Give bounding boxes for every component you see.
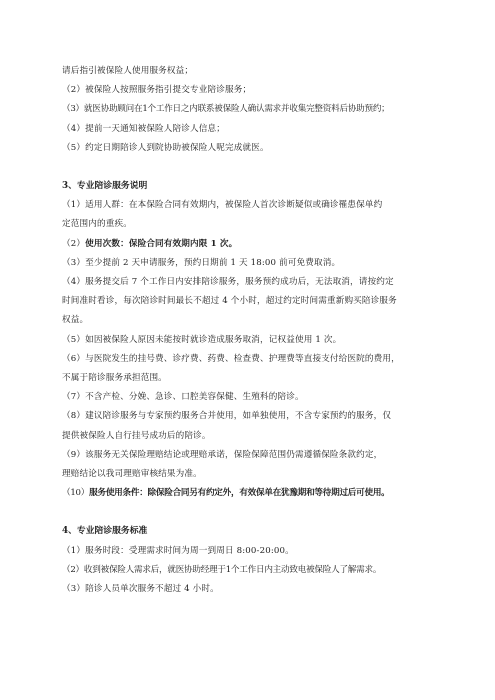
item-text: 不含产检、分娩、急诊、口腔美容保健、生殖科的陪诊。 bbox=[85, 392, 304, 402]
list-item-continuation: 权益。 bbox=[62, 311, 424, 330]
list-item: （1）适用人群：在本保险合同有效期内，被保险人首次诊断疑似或确诊罹患保单约 bbox=[62, 196, 424, 215]
list-item: （4）服务提交后 7 个工作日内安排陪诊服务，服务预约成功后，无法取消，请按约定 bbox=[62, 273, 424, 292]
list-item: （3）至少提前 2 天申请服务，预约日期前 1 天 18:00 前可免费取消。 bbox=[62, 254, 424, 273]
item-number: （4） bbox=[62, 124, 85, 134]
item-number: （9） bbox=[62, 450, 85, 460]
item-number: （4） bbox=[62, 277, 85, 287]
item-number: （10） bbox=[62, 488, 89, 498]
item-number: （2） bbox=[62, 239, 85, 249]
item-number: （8） bbox=[62, 411, 85, 421]
item-text-bold: 服务使用条件：除保险合同另有约定外，有效保单在犹豫期和等待期过后可使用。 bbox=[89, 488, 389, 498]
spacer bbox=[62, 503, 424, 522]
list-item-continuation: 时间准时看诊，每次陪诊时间最长不超过 4 个小时，超过约定时间需重新购买陪诊服务 bbox=[62, 292, 424, 311]
section-heading: 4、专业陪诊服务标准 bbox=[62, 522, 424, 541]
item-number: （3） bbox=[62, 104, 84, 114]
item-text: 约定日期陪诊人到院协助被保险人呢完成就医。 bbox=[85, 143, 269, 153]
list-item: （1）服务时段：受理需求时间为周一到周日 8:00-20:00。 bbox=[62, 542, 424, 561]
item-text: 服务提交后 7 个工作日内安排陪诊服务，服务预约成功后，无法取消，请按约定 bbox=[85, 277, 394, 287]
item-text: 该服务无关保险理赔结论或理赔承诺，保险保障范围仍需遵循保险条款约定， bbox=[85, 450, 382, 460]
list-item-continuation: 定范围内的重疾。 bbox=[62, 215, 424, 234]
list-item-continuation: 不属于陪诊服务承担范围。 bbox=[62, 369, 424, 388]
item-text-bold: 使用次数：保险合同有效期内限 1 次。 bbox=[85, 239, 237, 249]
section-heading: 3、专业陪诊服务说明 bbox=[62, 177, 424, 196]
item-text: 陪诊人员单次服务不超过 4 小时。 bbox=[85, 584, 219, 594]
item-number: （5） bbox=[62, 143, 85, 153]
list-item: （9）该服务无关保险理赔结论或理赔承诺，保险保障范围仍需遵循保险条款约定， bbox=[62, 446, 424, 465]
spacer bbox=[62, 158, 424, 177]
intro-line: 请后指引被保险人使用服务权益； bbox=[62, 62, 424, 81]
list-item: （3）陪诊人员单次服务不超过 4 小时。 bbox=[62, 580, 424, 599]
item-number: （1） bbox=[62, 546, 85, 556]
item-text: 就医协助顾问在1个工作日之内联系被保险人确认需求并收集完整资料后协助预约； bbox=[84, 104, 390, 114]
item-text: 适用人群：在本保险合同有效期内，被保险人首次诊断疑似或确诊罹患保单约 bbox=[85, 200, 382, 210]
item-text: 建议陪诊服务与专家预约服务合并使用，如单独使用，不含专家预约的服务，仅 bbox=[85, 411, 391, 421]
list-item: （2）收到被保险人需求后，就医协助经理于1个工作日内主动致电被保险人了解需求。 bbox=[62, 561, 424, 580]
step-item: （5）约定日期陪诊人到院协助被保险人呢完成就医。 bbox=[62, 139, 424, 158]
list-item: （2）使用次数：保险合同有效期内限 1 次。 bbox=[62, 235, 424, 254]
item-number: （3） bbox=[62, 258, 85, 268]
list-item: （10）服务使用条件：除保险合同另有约定外，有效保单在犹豫期和等待期过后可使用。 bbox=[62, 484, 424, 503]
list-item: （6）与医院发生的挂号费、诊疗费、药费、检查费、护理费等直接支付给医院的费用， bbox=[62, 350, 424, 369]
step-item: （4）提前一天通知被保险人陪诊人信息； bbox=[62, 120, 424, 139]
item-text: 如因被保险人原因未能按时就诊造成服务取消，记权益使用 1 次。 bbox=[85, 335, 341, 345]
item-number: （1） bbox=[62, 200, 85, 210]
document-page: 请后指引被保险人使用服务权益； （2）被保险人按照服务指引提交专业陪诊服务； （… bbox=[62, 62, 424, 599]
item-text: 与医院发生的挂号费、诊疗费、药费、检查费、护理费等直接支付给医院的费用， bbox=[85, 354, 400, 364]
list-item: （8）建议陪诊服务与专家预约服务合并使用，如单独使用，不含专家预约的服务，仅 bbox=[62, 407, 424, 426]
item-text: 收到被保险人需求后，就医协助经理于1个工作日内主动致电被保险人了解需求。 bbox=[84, 565, 381, 575]
list-item-continuation: 提供被保险人自行挂号成功后的陪诊。 bbox=[62, 427, 424, 446]
item-number: （5） bbox=[62, 335, 85, 345]
item-text: 被保险人按照服务指引提交专业陪诊服务； bbox=[85, 85, 251, 95]
list-item-continuation: 理赔结论以我司理赔审核结果为准。 bbox=[62, 465, 424, 484]
item-number: （6） bbox=[62, 354, 85, 364]
item-number: （2） bbox=[62, 565, 84, 575]
step-item: （2）被保险人按照服务指引提交专业陪诊服务； bbox=[62, 81, 424, 100]
item-text: 提前一天通知被保险人陪诊人信息； bbox=[85, 124, 225, 134]
step-item: （3）就医协助顾问在1个工作日之内联系被保险人确认需求并收集完整资料后协助预约； bbox=[62, 100, 424, 119]
item-text: 服务时段：受理需求时间为周一到周日 8:00-20:00。 bbox=[85, 546, 294, 556]
item-number: （7） bbox=[62, 392, 85, 402]
item-number: （3） bbox=[62, 584, 85, 594]
list-item: （5）如因被保险人原因未能按时就诊造成服务取消，记权益使用 1 次。 bbox=[62, 331, 424, 350]
item-number: （2） bbox=[62, 85, 85, 95]
list-item: （7）不含产检、分娩、急诊、口腔美容保健、生殖科的陪诊。 bbox=[62, 388, 424, 407]
item-text: 至少提前 2 天申请服务，预约日期前 1 天 18:00 前可免费取消。 bbox=[85, 258, 340, 268]
